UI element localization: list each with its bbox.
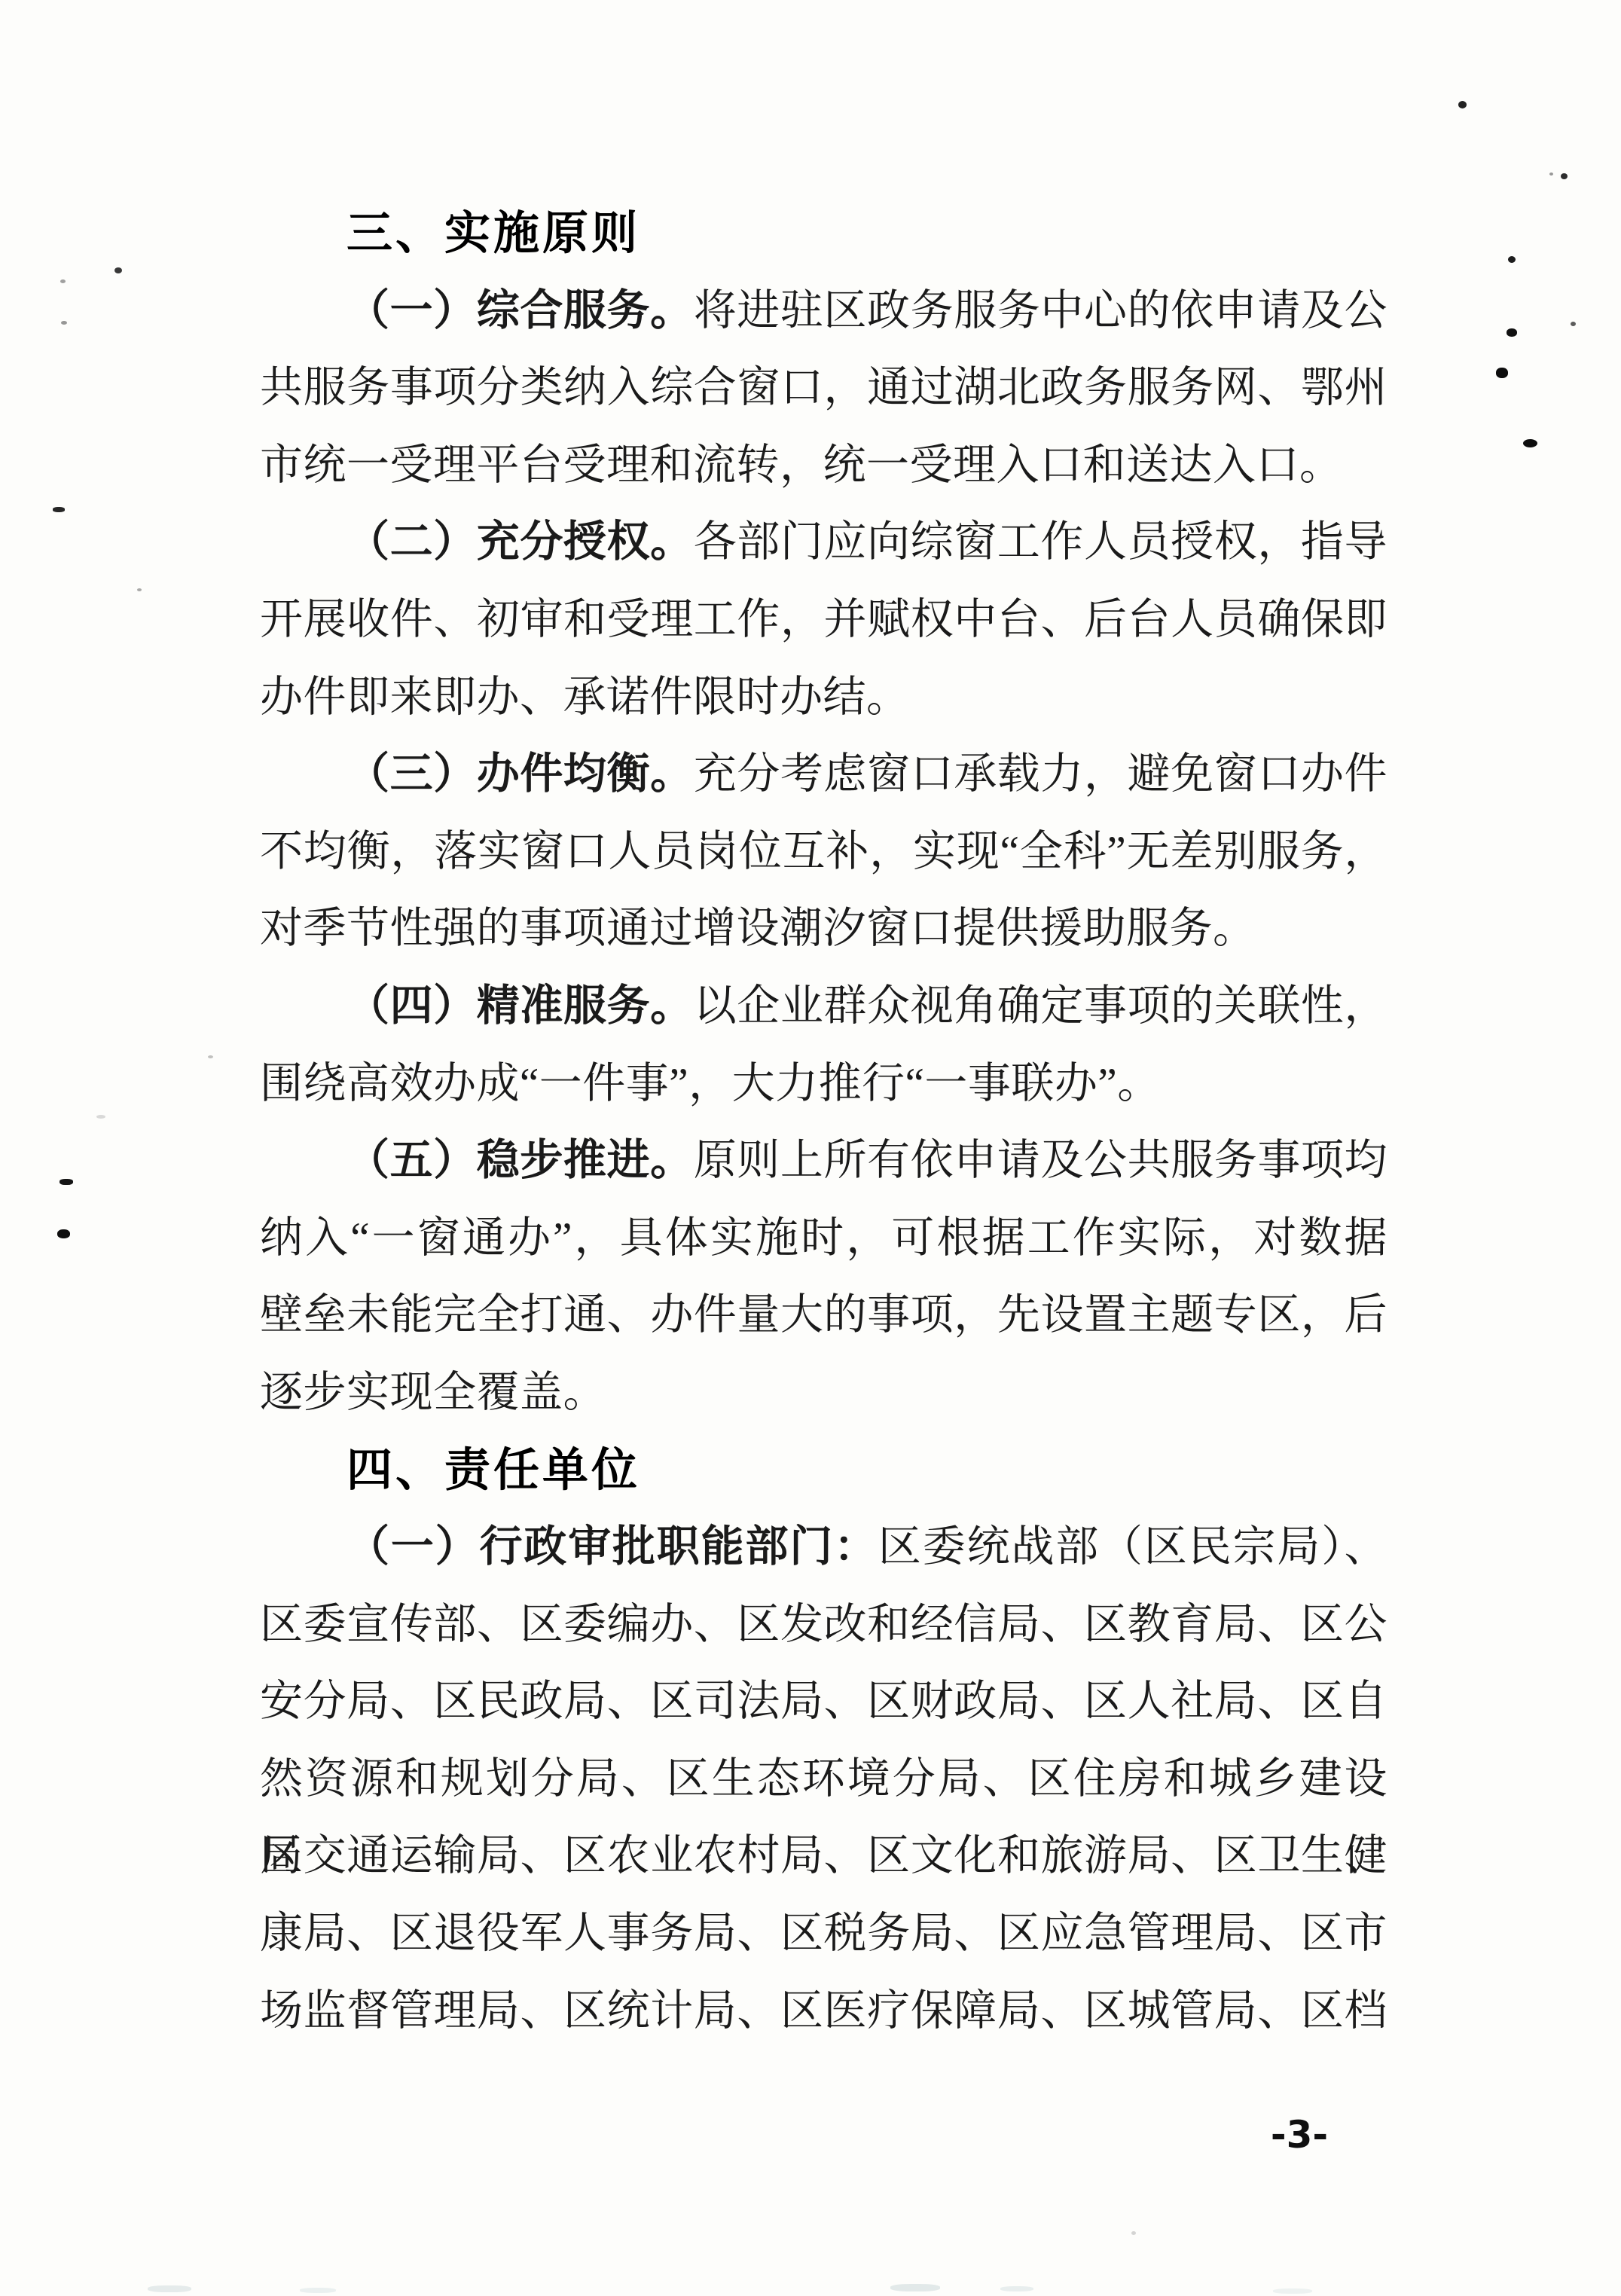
scan-speck [1131, 2231, 1136, 2235]
scan-speck [1507, 328, 1517, 337]
scan-speck [300, 2288, 336, 2293]
text-line: 共服务事项分类纳入综合窗口，通过湖北政务服务网、鄂州 [260, 350, 1387, 427]
text-line: 康局、区退役军人事务局、区税务局、区应急管理局、区市 [260, 1895, 1387, 1973]
section-heading: 三、实施原则 [260, 195, 1387, 273]
text-line: （四）精准服务。以企业群众视角确定事项的关联性， [260, 968, 1387, 1046]
scan-speck [1561, 173, 1568, 179]
scan-speck [1508, 256, 1516, 263]
scan-speck [1571, 322, 1576, 326]
text-line: 市统一受理平台受理和流转，统一受理入口和送达入口。 [260, 427, 1387, 505]
page-number: -3- [1243, 2114, 1356, 2156]
scan-speck [53, 507, 65, 512]
scan-speck [1458, 101, 1467, 108]
text-line: 纳入“一窗通办”，具体实施时，可根据工作实际，对数据 [260, 1200, 1387, 1278]
text-line: 场监督管理局、区统计局、区医疗保障局、区城管局、区档 [260, 1973, 1387, 2050]
scan-speck [208, 1055, 213, 1058]
text-line: 不均衡，落实窗口人员岗位互补，实现“全科”无差别服务， [260, 814, 1387, 891]
scan-speck [1523, 439, 1537, 447]
scan-speck [1496, 368, 1508, 378]
scan-speck [1273, 2288, 1312, 2294]
bold-lead-text: （四）精准服务。 [346, 982, 694, 1030]
scan-speck [61, 321, 67, 325]
scan-speck [148, 2285, 191, 2292]
scan-speck [890, 2284, 940, 2291]
scanned-document-page: 三、实施原则（一）综合服务。将进驻区政务服务中心的依申请及公共服务事项分类纳入综… [0, 0, 1621, 2296]
text-line: （一）行政审批职能部门：区委统战部（区民宗局）、 [260, 1509, 1387, 1586]
bold-lead-text: （一）行政审批职能部门： [346, 1523, 878, 1571]
bold-lead-text: （一）综合服务。 [346, 287, 694, 334]
scan-speck [60, 279, 66, 283]
text-line: （一）综合服务。将进驻区政务服务中心的依申请及公 [260, 273, 1387, 350]
text-line: 逐步实现全覆盖。 [260, 1354, 1387, 1432]
bold-lead-text: （三）办件均衡。 [346, 750, 694, 798]
scan-speck [137, 588, 142, 591]
text-line: 办件即来即办、承诺件限时办结。 [260, 659, 1387, 737]
text-line: 区委宣传部、区委编办、区发改和经信局、区教育局、区公 [260, 1586, 1387, 1664]
scan-speck [57, 1229, 70, 1238]
text-line: （五）稳步推进。原则上所有依申请及公共服务事项均 [260, 1122, 1387, 1200]
text-line: （二）充分授权。各部门应向综窗工作人员授权，指导 [260, 504, 1387, 582]
text-line: 区交通运输局、区农业农村局、区文化和旅游局、区卫生健 [260, 1818, 1387, 1895]
text-line: 对季节性强的事项通过增设潮汐窗口提供援助服务。 [260, 890, 1387, 968]
document-body: 三、实施原则（一）综合服务。将进驻区政务服务中心的依申请及公共服务事项分类纳入综… [260, 195, 1387, 2050]
scan-speck [1000, 2286, 1033, 2291]
scan-speck [114, 267, 122, 273]
bold-lead-text: （二）充分授权。 [346, 518, 694, 566]
bold-lead-text: （五）稳步推进。 [346, 1137, 694, 1184]
text-line: 安分局、区民政局、区司法局、区财政局、区人社局、区自 [260, 1663, 1387, 1741]
text-line: 开展收件、初审和受理工作，并赋权中台、后台人员确保即 [260, 582, 1387, 659]
scan-speck [1549, 173, 1553, 176]
text-line: 壁垒未能完全打通、办件量大的事项，先设置主题专区，后 [260, 1277, 1387, 1354]
scan-speck [96, 1115, 105, 1119]
scan-speck [60, 1179, 73, 1185]
text-line: 围绕高效办成“一件事”，大力推行“一事联办”。 [260, 1046, 1387, 1123]
text-line: 然资源和规划分局、区生态环境分局、区住房和城乡建设局、 [260, 1741, 1387, 1818]
section-heading: 四、责任单位 [260, 1432, 1387, 1510]
text-line: （三）办件均衡。充分考虑窗口承载力，避免窗口办件 [260, 736, 1387, 814]
